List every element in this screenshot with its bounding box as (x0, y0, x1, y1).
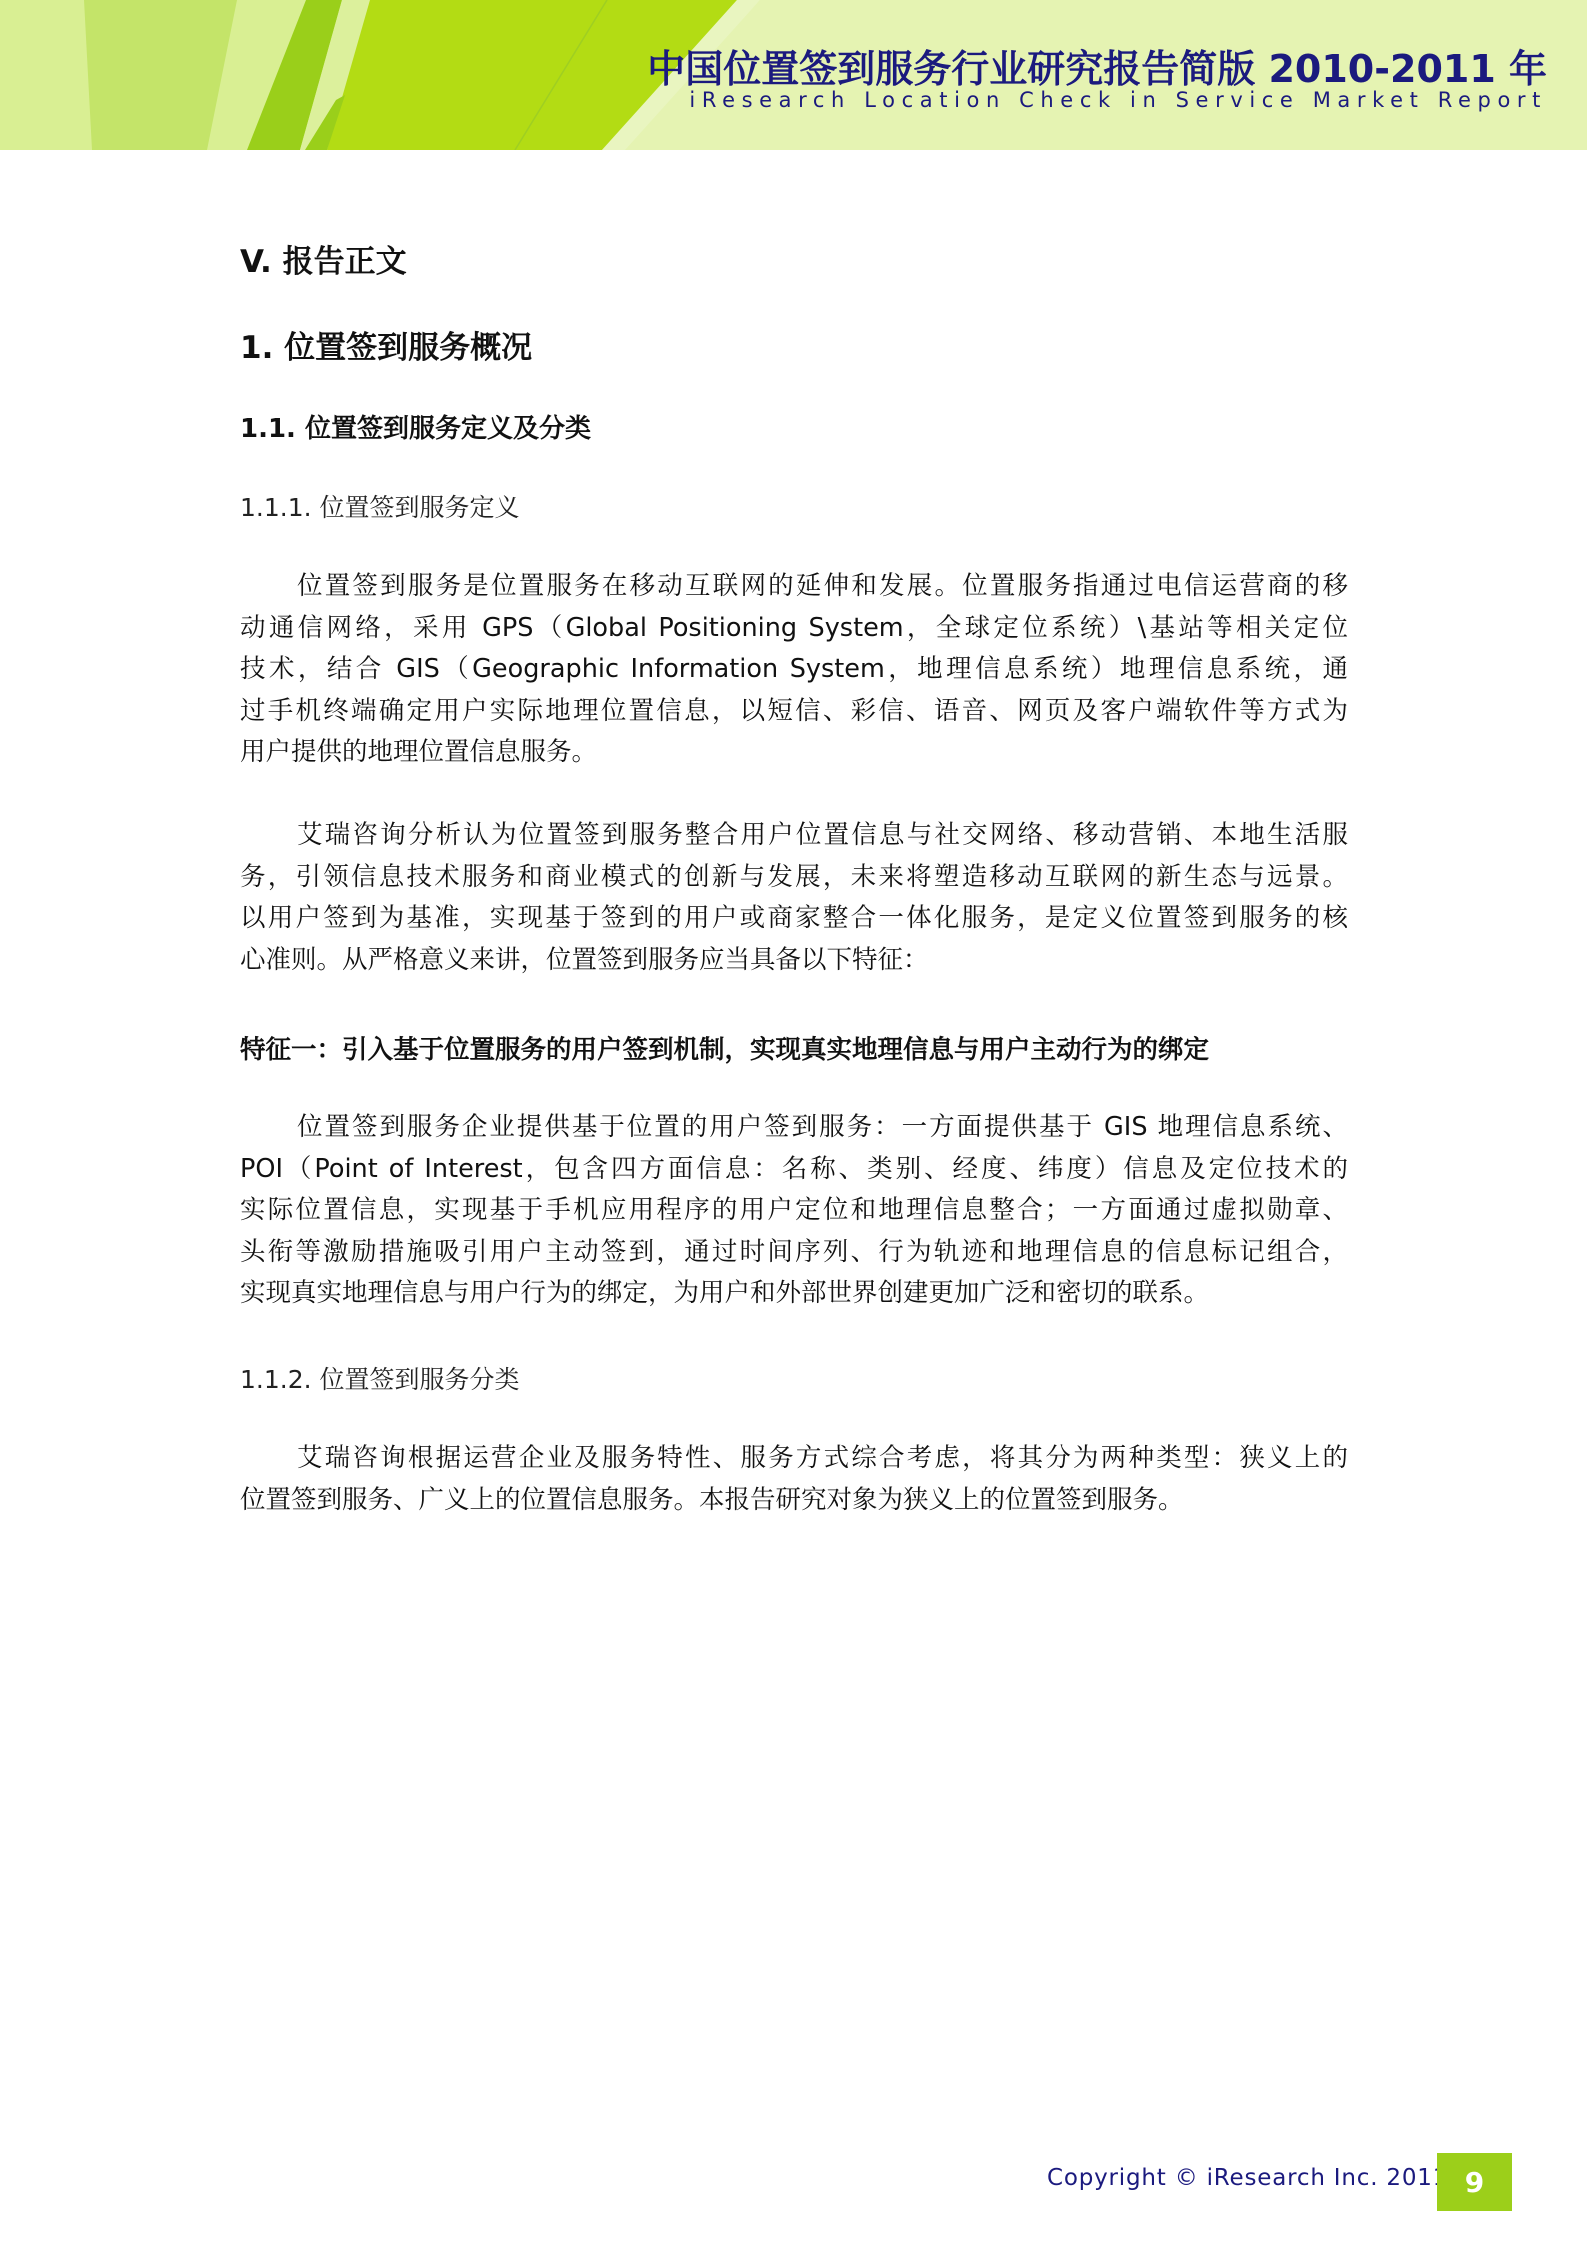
page-number-badge: 9 (1437, 2153, 1512, 2211)
paragraph-line: 位置签到服务企业提供基于位置的用户签到服务：一方面提供基于 GIS 地理信息系统… (240, 1107, 1348, 1149)
feature-one-heading: 特征一：引入基于位置服务的用户签到机制，实现真实地理信息与用户主动行为的绑定 (240, 1030, 1348, 1066)
paragraph-line: 艾瑞咨询根据运营企业及服务特性、服务方式综合考虑，将其分为两种类型：狭义上的 (240, 1438, 1348, 1480)
paragraph-line: 头衔等激励措施吸引用户主动签到，通过时间序列、行为轨迹和地理信息的信息标记组合， (240, 1232, 1348, 1274)
paragraph-line: 艾瑞咨询分析认为位置签到服务整合用户位置信息与社交网络、移动营销、本地生活服 (240, 815, 1348, 857)
paragraph-line: 心准则。从严格意义来讲，位置签到服务应当具备以下特征： (240, 940, 1348, 982)
section-heading: V. 报告正文 (240, 236, 1348, 281)
subsubsection-heading-classification: 1.1.2. 位置签到服务分类 (240, 1360, 1348, 1396)
paragraph-line: 务，引领信息技术服务和商业模式的创新与发展，未来将塑造移动互联网的新生态与远景。 (240, 857, 1348, 899)
paragraph-definition: 位置签到服务是位置服务在移动互联网的延伸和发展。位置服务指通过电信运营商的移 动… (240, 566, 1348, 774)
report-subtitle: iResearch Location Check in Service Mark… (689, 88, 1547, 112)
paragraph-line: 动通信网络，采用 GPS（Global Positioning System，全… (240, 608, 1348, 650)
paragraph-feature-detail: 位置签到服务企业提供基于位置的用户签到服务：一方面提供基于 GIS 地理信息系统… (240, 1107, 1348, 1315)
page-number: 9 (1465, 2166, 1484, 2199)
subsubsection-heading-definition: 1.1.1. 位置签到服务定义 (240, 488, 1348, 524)
copyright-notice: Copyright © iResearch Inc. 2011 (1047, 2165, 1448, 2191)
paragraph-line: 技术，结合 GIS（Geographic Information System，… (240, 649, 1348, 691)
paragraph-line: 实现真实地理信息与用户行为的绑定，为用户和外部世界创建更加广泛和密切的联系。 (240, 1273, 1348, 1315)
paragraph-classification: 艾瑞咨询根据运营企业及服务特性、服务方式综合考虑，将其分为两种类型：狭义上的 位… (240, 1438, 1348, 1521)
paragraph-line: 用户提供的地理位置信息服务。 (240, 732, 1348, 774)
paragraph-line: 以用户签到为基准，实现基于签到的用户或商家整合一体化服务，是定义位置签到服务的核 (240, 898, 1348, 940)
subsection-heading: 1.1. 位置签到服务定义及分类 (240, 408, 1348, 445)
paragraph-line: POI（Point of Interest，包含四方面信息：名称、类别、经度、纬… (240, 1149, 1348, 1191)
report-header-banner: 中国位置签到服务行业研究报告简版 2010-2011 年 iResearch L… (0, 0, 1587, 150)
paragraph-line: 位置签到服务、广义上的位置信息服务。本报告研究对象为狭义上的位置签到服务。 (240, 1480, 1348, 1522)
paragraph-line: 过手机终端确定用户实际地理位置信息，以短信、彩信、语音、网页及客户端软件等方式为 (240, 691, 1348, 733)
paragraph-line: 位置签到服务是位置服务在移动互联网的延伸和发展。位置服务指通过电信运营商的移 (240, 566, 1348, 608)
chapter-heading: 1. 位置签到服务概况 (240, 322, 1348, 367)
paragraph-line: 实际位置信息，实现基于手机应用程序的用户定位和地理信息整合；一方面通过虚拟勋章、 (240, 1190, 1348, 1232)
paragraph-analysis: 艾瑞咨询分析认为位置签到服务整合用户位置信息与社交网络、移动营销、本地生活服 务… (240, 815, 1348, 981)
report-title: 中国位置签到服务行业研究报告简版 2010-2011 年 (647, 38, 1547, 93)
